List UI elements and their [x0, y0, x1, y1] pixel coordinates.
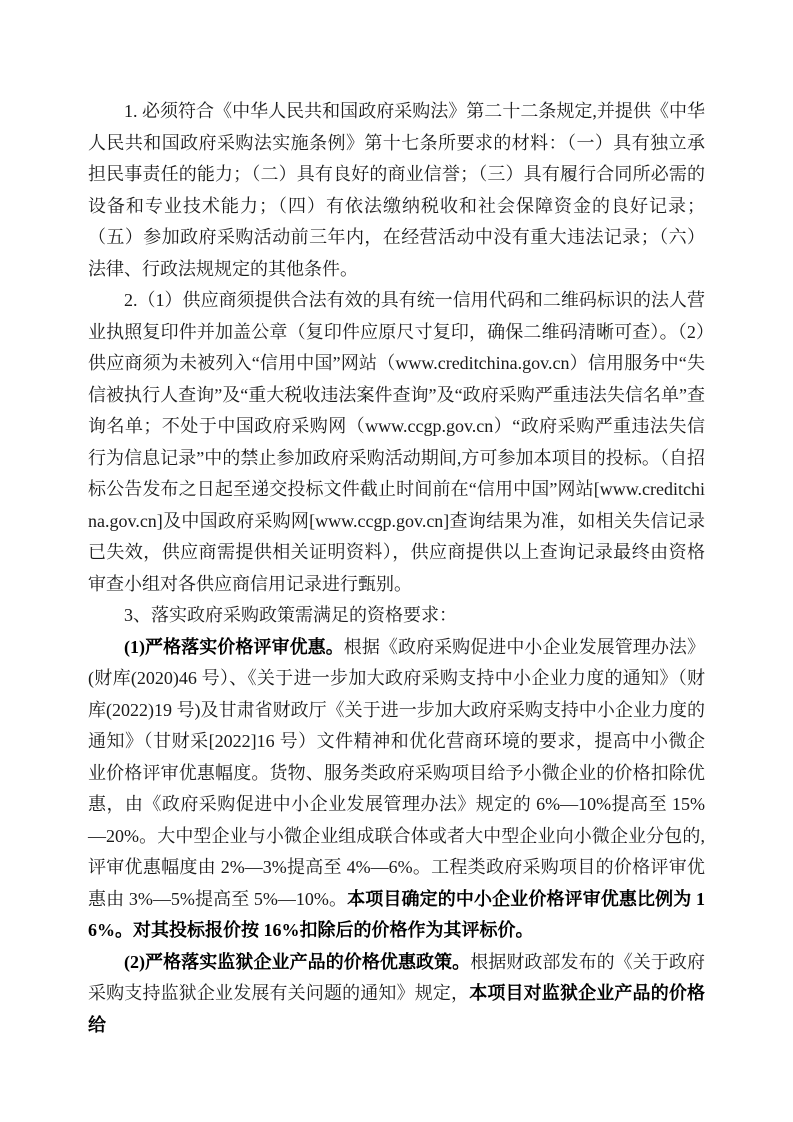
- paragraph-clause-3-item-2: (2)严格落实监狱企业产品的价格优惠政策。根据财政部发布的《关于政府采购支持监狱…: [88, 947, 705, 1042]
- text-run: 1. 必须符合《中华人民共和国政府采购法》第二十二条规定,并提供《中华人民共和国…: [88, 101, 705, 279]
- paragraph-clause-2: 2.（1）供应商须提供合法有效的具有统一信用代码和二维码标识的法人营业执照复印件…: [88, 285, 705, 600]
- paragraph-clause-1: 1. 必须符合《中华人民共和国政府采购法》第二十二条规定,并提供《中华人民共和国…: [88, 96, 705, 285]
- paragraph-clause-3-heading: 3、落实政府采购政策需满足的资格要求：: [88, 600, 705, 632]
- document-body: 1. 必须符合《中华人民共和国政府采购法》第二十二条规定,并提供《中华人民共和国…: [88, 96, 705, 1041]
- paragraph-clause-3-item-1: (1)严格落实价格评审优惠。根据《政府采购促进中小企业发展管理办法》(财库(20…: [88, 632, 705, 947]
- text-run-bold: (1)严格落实价格评审优惠。: [124, 637, 344, 657]
- text-run: 2.（1）供应商须提供合法有效的具有统一信用代码和二维码标识的法人营业执照复印件…: [88, 290, 705, 594]
- text-run: 3、落实政府采购政策需满足的资格要求：: [124, 605, 457, 625]
- document-page: 1. 必须符合《中华人民共和国政府采购法》第二十二条规定,并提供《中华人民共和国…: [0, 0, 793, 1122]
- text-run: 根据《政府采购促进中小企业发展管理办法》(财库(2020)46 号）、《关于进一…: [88, 637, 705, 909]
- text-run-bold: (2)严格落实监狱企业产品的价格优惠政策。: [124, 952, 470, 972]
